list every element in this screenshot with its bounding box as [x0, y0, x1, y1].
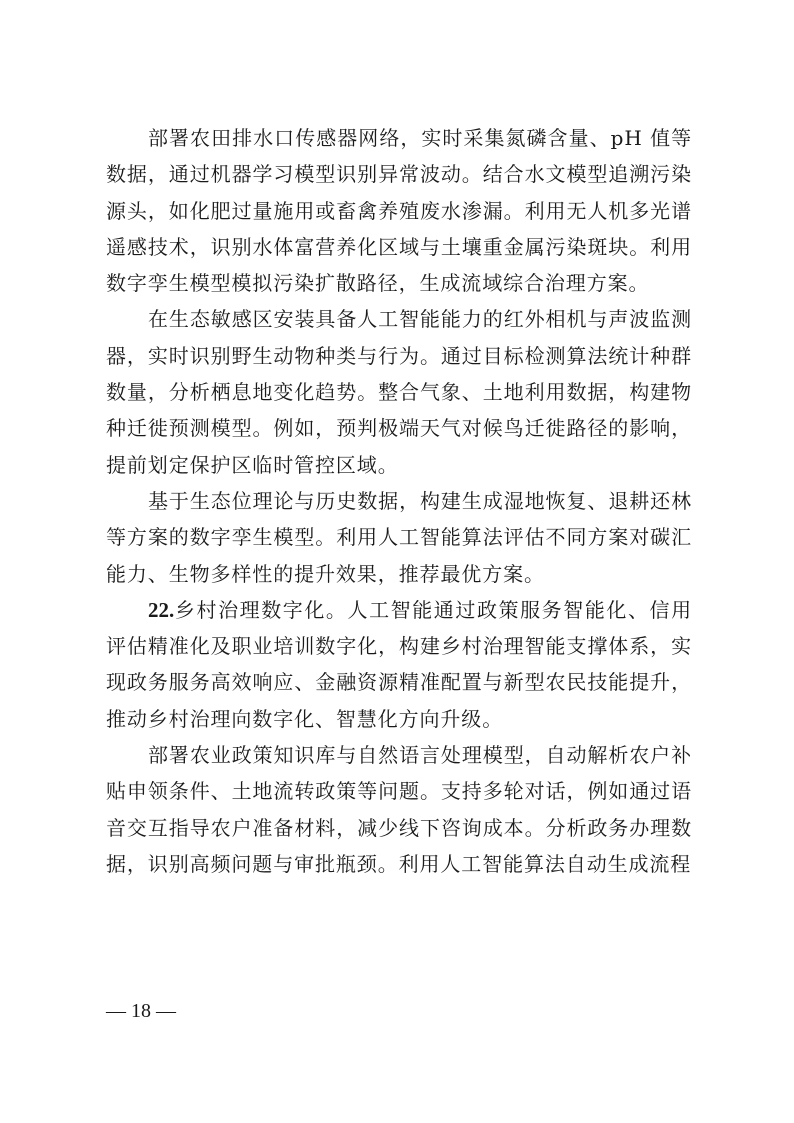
paragraph-ecological-restoration: 基于生态位理论与历史数据，构建生成湿地恢复、退耕还林等方案的数字孪生模型。利用人… [106, 483, 692, 592]
section-22-rural-governance: 22.乡村治理数字化。人工智能通过政策服务智能化、信用评估精准化及职业培训数字化… [106, 592, 692, 737]
paragraph-text: 部署农田排水口传感器网络，实时采集氮磷含量、pH 值等数据，通过机器学习模型识别… [106, 126, 692, 295]
paragraph-water-pollution-monitoring: 部署农田排水口传感器网络，实时采集氮磷含量、pH 值等数据，通过机器学习模型识别… [106, 120, 692, 301]
page-number: — 18 — [106, 1000, 176, 1023]
paragraph-text: 在生态敏感区安装具备人工智能能力的红外相机与声波监测器，实时识别野生动物种类与行… [106, 307, 692, 476]
paragraph-wildlife-monitoring: 在生态敏感区安装具备人工智能能力的红外相机与声波监测器，实时识别野生动物种类与行… [106, 301, 692, 482]
paragraph-policy-service: 部署农业政策知识库与自然语言处理模型，自动解析农户补贴申领条件、土地流转政策等问… [106, 737, 692, 882]
section-heading: 乡村治理数字化。 [174, 598, 347, 622]
section-number: 22. [148, 598, 174, 622]
document-page: 部署农田排水口传感器网络，实时采集氮磷含量、pH 值等数据，通过机器学习模型识别… [106, 120, 692, 882]
paragraph-text: 部署农业政策知识库与自然语言处理模型，自动解析农户补贴申领条件、土地流转政策等问… [106, 743, 692, 876]
paragraph-text: 基于生态位理论与历史数据，构建生成湿地恢复、退耕还林等方案的数字孪生模型。利用人… [106, 489, 692, 586]
